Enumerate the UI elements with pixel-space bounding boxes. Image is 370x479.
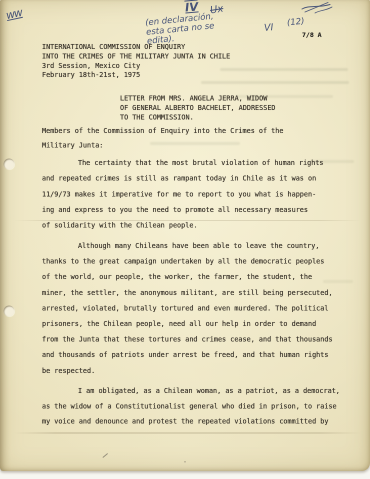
punch-hole: [4, 306, 15, 317]
bleedthrough-mark: [220, 68, 348, 71]
document-page: ww IV Ux (en declaración, esta carta no …: [0, 0, 370, 471]
crossed-out-scribble: [300, 1, 334, 15]
ink-speck: [102, 453, 108, 458]
scan-canvas: ww IV Ux (en declaración, esta carta no …: [0, 0, 370, 479]
letter-subject: LETTER FROM MRS. ANGELA JERRA, WIDOW OF …: [120, 94, 276, 123]
punch-hole: [4, 159, 15, 170]
handwritten-index-number: (12): [287, 16, 305, 28]
salutation: Members of the Commission of Enquiry int…: [42, 124, 283, 153]
handwritten-initials: ww: [5, 6, 23, 22]
bleedthrough-mark: [201, 81, 349, 84]
paper-crease: [14, 433, 361, 434]
handwritten-index-mark: VI: [264, 22, 274, 34]
body-paragraph-2: Although many Chileans have been able to…: [42, 239, 349, 379]
page-reference: 7/8 A: [302, 32, 322, 40]
body-paragraph-1: The certainty that the most brutal viola…: [42, 156, 349, 234]
commission-header: INTERNATIONAL COMMISSION OF ENQUIRY INTO…: [42, 43, 230, 81]
body-paragraph-3: I am obligated, as a Chilean woman, as a…: [42, 384, 349, 430]
ink-speck: [184, 461, 186, 463]
handwritten-note-spanish: (en declaración, esta carta no se edita)…: [145, 12, 216, 46]
